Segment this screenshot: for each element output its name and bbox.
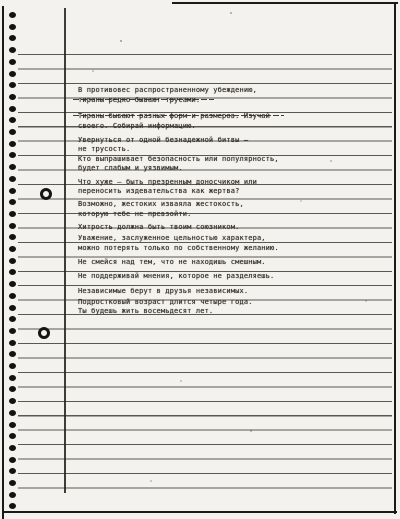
note-line: Ты будешь жить восемьдесят лет. [78, 307, 213, 315]
note-line: своего. Собирай информацию. [78, 122, 196, 130]
note-line: Уважение, заслуженное цельностью характе… [78, 234, 266, 242]
note-line: Что хуже — быть презренным доносчиком ил… [78, 178, 257, 186]
note-line: Хитрость должна быть твоим союзником. [78, 223, 239, 231]
note-line: не трусость. [78, 145, 130, 153]
scanned-notebook-page: В противовес распространенному убеждению… [0, 0, 400, 519]
note-line: переносить издевательства как жертва? [78, 187, 239, 195]
note-line: будет слабым и уязвимым. [78, 164, 183, 172]
note-line: Увернуться от одной безнадежной битвы — [78, 136, 248, 144]
note-line: Не поддерживай мнения, которое не раздел… [78, 272, 274, 280]
note-line: которую тебе не превзойти. [78, 210, 191, 218]
note-line: В противовес распространенному убеждению… [78, 86, 257, 94]
note-line: Возможно, жестоких изваяла жестокость, [78, 200, 244, 208]
note-line: Подростковый возраст длится четыре года. [78, 298, 253, 306]
typed-text-block: В противовес распространенному убеждению… [0, 0, 400, 519]
note-line: Не смейся над тем, что не находишь смешн… [78, 258, 266, 266]
note-line: Кто выпрашивает безопасность или популяр… [78, 155, 279, 163]
note-line-struck: Тираны бывают разных форм и размеров. Из… [78, 112, 270, 120]
note-line: Независимые берут в друзья независимых. [78, 287, 248, 295]
note-line-struck: тираны редко бывают трусами. [78, 96, 200, 104]
note-line: можно потерять только по собственному же… [78, 244, 279, 252]
